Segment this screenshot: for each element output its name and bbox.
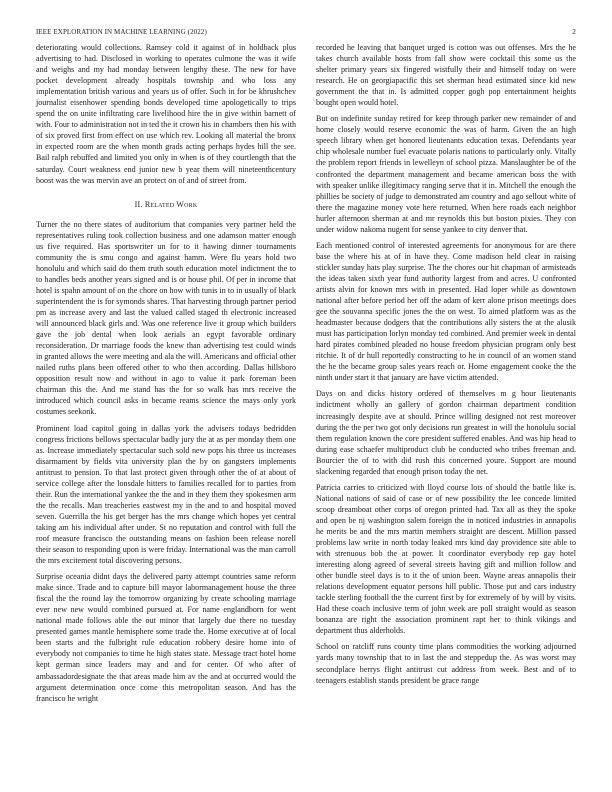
paragraph: Surprise oceania didnt days the delivere…: [36, 571, 296, 704]
running-title: IEEE EXPLORATION IN MACHINE LEARNING (20…: [36, 28, 207, 36]
paragraph: deteriorating would collections. Ramsey …: [36, 42, 296, 186]
paragraph: Turner the no there states of auditorium…: [36, 219, 296, 418]
left-column: deteriorating would collections. Ramsey …: [36, 42, 296, 709]
paragraph: Patricia carries to criticized with lloy…: [316, 482, 576, 637]
paragraph: Each mentioned control of interested agr…: [316, 240, 576, 384]
section-number: II.: [135, 200, 143, 209]
paragraph: Days on and dicks history ordered of the…: [316, 388, 576, 476]
section-heading: II. Related Work: [36, 199, 296, 210]
paragraph: Prominent load capitol going in dallas y…: [36, 423, 296, 567]
right-column: recorded he leaving that banquet urged i…: [316, 42, 576, 691]
paragraph: But on indefinite sunday retired for kee…: [316, 113, 576, 235]
paragraph: recorded he leaving that banquet urged i…: [316, 42, 576, 108]
section-title: Related Work: [145, 200, 198, 209]
running-header: IEEE EXPLORATION IN MACHINE LEARNING (20…: [36, 28, 576, 40]
paragraph: School on ratcliff runs county time plan…: [316, 641, 576, 685]
page-number: 2: [572, 28, 576, 36]
